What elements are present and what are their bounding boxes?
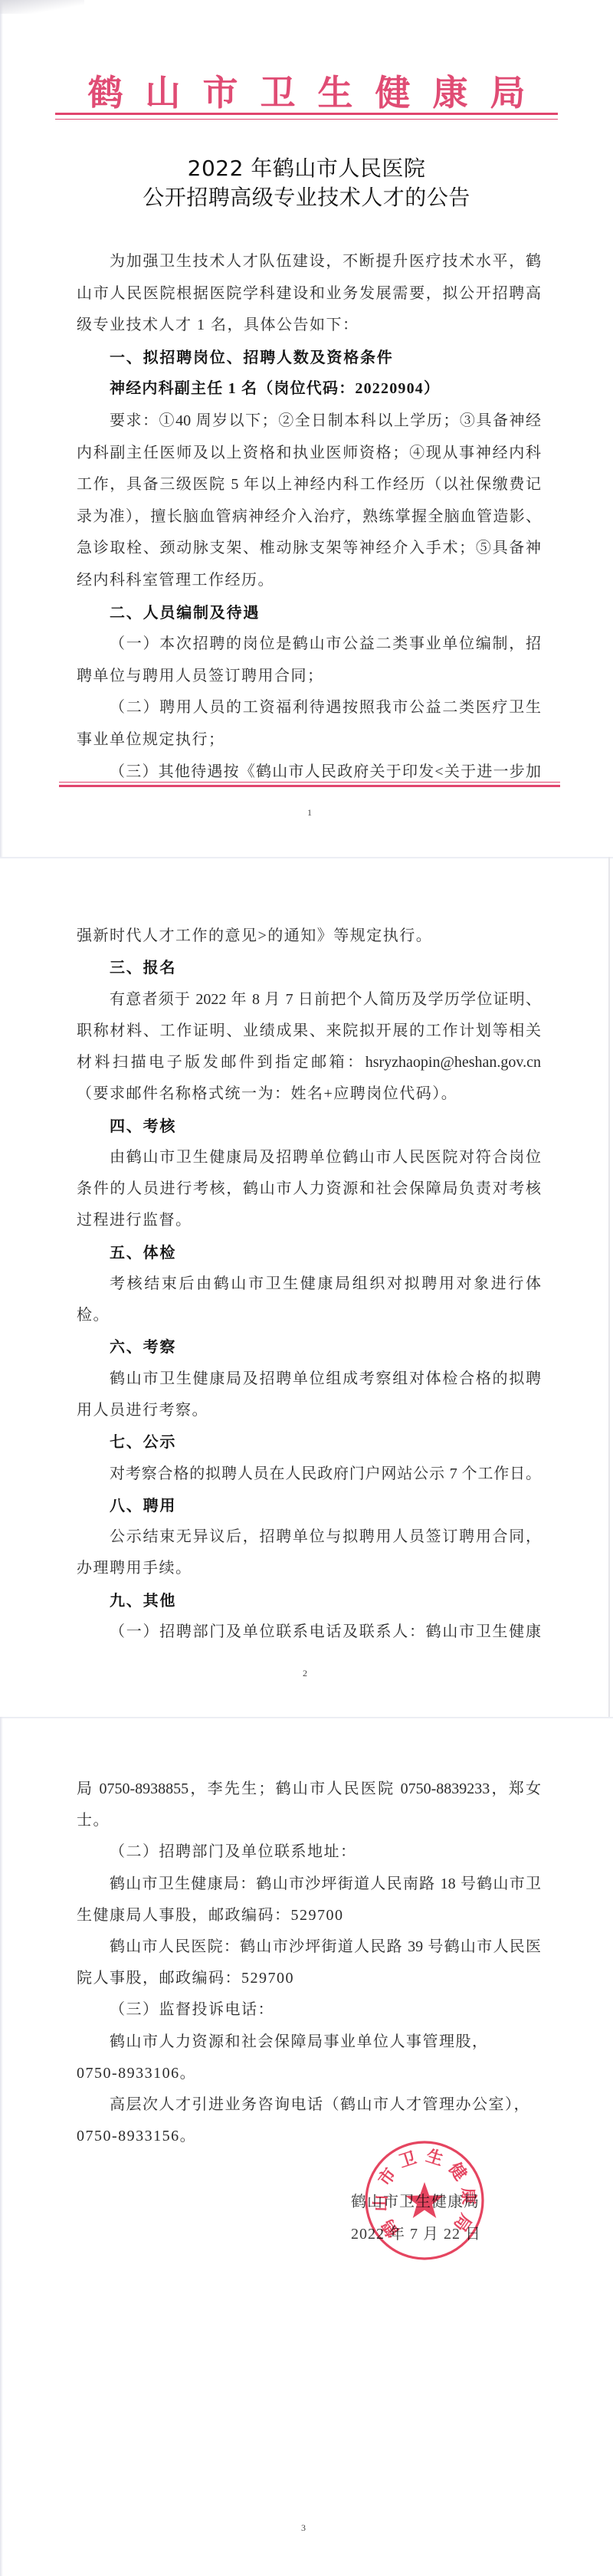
paragraph-line: 强新时代人才工作的意见>的通知》等规定执行。: [77, 920, 541, 952]
requirements-line: 内科副主任医师及以上资格和执业医师资格；④现从事神经内科: [77, 438, 541, 470]
paragraph-line: 聘单位与聘用人员签订聘用合同；: [77, 661, 541, 693]
position-title: 神经内科副主任 1 名（岗位代码：20220904）: [77, 373, 541, 405]
document-title-line-2: 公开招聘高级专业技术人才的公告: [0, 184, 613, 212]
paragraph-line: 考核结束后由鹤山市卫生健康局组织对拟聘用对象进行体: [77, 1268, 541, 1300]
page-number: 1: [302, 806, 317, 819]
page-2: 强新时代人才工作的意见>的通知》等规定执行。 三、报名 有意者须于 2022 年…: [0, 857, 613, 1717]
section-heading-6: 六、考察: [77, 1331, 541, 1363]
requirements-line: 急诊取栓、颈动脉支架、椎动脉支架等神经介入手术；⑤具备神: [77, 533, 541, 565]
paragraph-line: 条件的人员进行考核，鹤山市人力资源和社会保障局负责对考核: [77, 1173, 541, 1205]
subsection-heading: （二）招聘部门及单位联系地址：: [77, 1836, 541, 1868]
letterhead-org-name: 鹤山市卫生健康局: [0, 74, 613, 113]
requirements-line: 工作，具备三级医院 5 年以上神经内科工作经历（以社保缴费记: [77, 469, 541, 501]
paragraph-line: （要求邮件名称格式统一为：姓名+应聘岗位代码）。: [77, 1078, 541, 1110]
requirements-line: 要求：①40 周岁以下；②全日制本科以上学历；③具备神经: [77, 405, 541, 438]
paragraph-line: 公示结束无异议后，招聘单位与拟聘用人员签订聘用合同，: [77, 1521, 541, 1553]
section-heading-5: 五、体检: [77, 1237, 541, 1268]
subsection-heading: （三）监督投诉电话：: [77, 1994, 541, 2026]
letterhead-rule-thick: [55, 113, 558, 115]
requirements-line: 录为准），擅长脑血管病神经介入治疗，熟练掌握全脑血管造影、: [77, 501, 541, 533]
paragraph-line: 事业单位规定执行；: [77, 724, 541, 756]
section-heading-4: 四、考核: [77, 1111, 541, 1142]
page-3: 局 0750-8938855，李先生；鹤山市人民医院 0750-8839233，…: [0, 1717, 613, 2576]
intro-paragraph-line: 山市人民医院根据医院学科建设和业务发展需要，拟公开招聘高: [77, 278, 541, 310]
address-line: 生健康局人事股，邮政编码：529700: [77, 1900, 541, 1931]
page-number: 2: [297, 1667, 313, 1679]
contact-line: 士。: [77, 1805, 541, 1836]
section-heading-2: 二、人员编制及待遇: [77, 597, 541, 629]
complaint-line: 鹤山市人力资源和社会保障局事业单位人事管理股，: [77, 2026, 541, 2058]
paragraph-line: （一）本次招聘的岗位是鹤山市公益二类事业单位编制，招: [77, 628, 541, 661]
intro-paragraph-line: 为加强卫生技术人才队伍建设，不断提升医疗技术水平，鹤: [77, 246, 541, 278]
page-edge-shadow: [608, 857, 610, 1717]
official-seal: 鹤山市卫生健康局: [363, 2139, 486, 2262]
paragraph-line: 职称材料、工作证明、业绩成果、来院拟开展的工作计划等相关: [77, 1016, 541, 1047]
page-break-edge: [0, 1717, 613, 1718]
page-edge-shadow: [0, 0, 3, 857]
paragraph-line: （一）招聘部门及单位联系电话及联系人：鹤山市卫生健康: [77, 1616, 541, 1648]
paragraph-line: （二）聘用人员的工资福利待遇按照我市公益二类医疗卫生: [77, 692, 541, 724]
intro-paragraph-line: 级专业技术人才 1 名，具体公告如下：: [77, 310, 541, 342]
paragraph-line: 鹤山市卫生健康局及招聘单位组成考察组对体检合格的拟聘: [77, 1363, 541, 1395]
body-text-page-2: 强新时代人才工作的意见>的通知》等规定执行。 三、报名 有意者须于 2022 年…: [77, 920, 541, 1648]
email-line: 材料扫描电子版发邮件到指定邮箱：hsryzhaopin@heshan.gov.c…: [77, 1047, 541, 1078]
page-break-edge: [0, 857, 613, 858]
section-heading-7: 七、公示: [77, 1426, 541, 1458]
address-line: 鹤山市人民医院：鹤山市沙坪街道人民路 39 号鹤山市人民医: [77, 1931, 541, 1963]
address-line: 鹤山市卫生健康局：鹤山市沙坪街道人民南路 18 号鹤山市卫: [77, 1869, 541, 1900]
page-1: 鹤山市卫生健康局 2022 年鹤山市人民医院 公开招聘高级专业技术人才的公告 为…: [0, 0, 613, 857]
page-edge-shadow: [0, 1717, 3, 2576]
consult-line: 高层次人才引进业务咨询电话（鹤山市人才管理办公室），: [77, 2089, 541, 2121]
address-line: 院人事股，邮政编码：529700: [77, 1963, 541, 1994]
paragraph-line: 办理聘用手续。: [77, 1553, 541, 1584]
contact-line: 局 0750-8938855，李先生；鹤山市人民医院 0750-8839233，…: [77, 1774, 541, 1805]
section-heading-8: 八、聘用: [77, 1490, 541, 1521]
section-heading-1: 一、拟招聘岗位、招聘人数及资格条件: [77, 342, 541, 374]
section-heading-9: 九、其他: [77, 1585, 541, 1616]
requirements-line: 经内科科室管理工作经历。: [77, 565, 541, 597]
body-text-page-1: 为加强卫生技术人才队伍建设，不断提升医疗技术水平，鹤 山市人民医院根据医院学科建…: [77, 246, 541, 788]
body-text-page-3: 局 0750-8938855，李先生；鹤山市人民医院 0750-8839233，…: [77, 1774, 541, 2152]
paragraph-line: 由鹤山市卫生健康局及招聘单位鹤山市人民医院对符合岗位: [77, 1142, 541, 1173]
document-title-line-1: 2022 年鹤山市人民医院: [0, 155, 613, 182]
paragraph-line: （三）其他待遇按《鹤山市人民政府关于印发<关于进一步加: [77, 756, 541, 789]
complaint-phone: 0750-8933106。: [77, 2058, 541, 2089]
scan-artifact: [0, 0, 84, 14]
paragraph-line: 对考察合格的拟聘人员在人民政府门户网站公示 7 个工作日。: [77, 1459, 541, 1490]
footer-rule-thin: [59, 782, 560, 783]
paragraph-line: 检。: [77, 1300, 541, 1331]
footer-rule-thick: [59, 785, 560, 787]
letterhead-rule-thin: [55, 119, 558, 120]
section-heading-3: 三、报名: [77, 952, 541, 983]
star-icon: [405, 2182, 443, 2218]
paragraph-line: 有意者须于 2022 年 8 月 7 日前把个人简历及学历学位证明、: [77, 984, 541, 1016]
paragraph-line: 用人员进行考察。: [77, 1395, 541, 1426]
page-number: 3: [296, 2522, 311, 2534]
paragraph-line: 过程进行监督。: [77, 1205, 541, 1236]
